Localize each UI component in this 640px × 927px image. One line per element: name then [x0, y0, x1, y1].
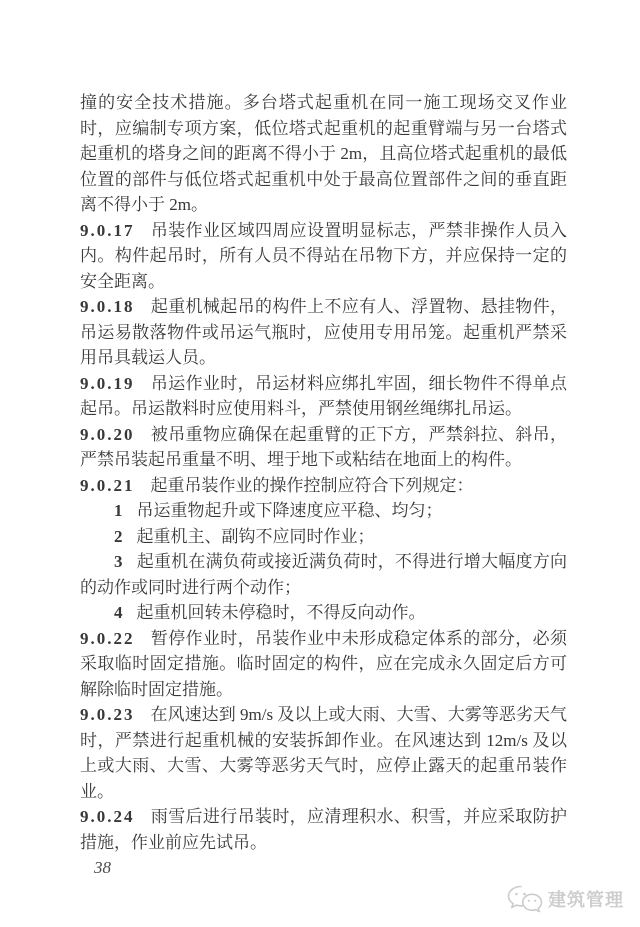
clause-9-0-20: 9.0.20被吊重物应确保在起重臂的正下方，严禁斜拉、斜吊，严禁吊装起吊重量不明… — [80, 422, 567, 473]
watermark: 建筑管理 — [507, 885, 624, 913]
clause-text: 起重吊装作业的操作控制应符合下列规定： — [151, 476, 474, 495]
clause-9-0-21-item-1: 1吊运重物起升或下降速度应平稳、均匀； — [80, 498, 567, 524]
clause-9-0-21-item-4: 4起重机回转未停稳时，不得反向动作。 — [80, 600, 567, 626]
clause-number: 9.0.24 — [80, 807, 135, 826]
clause-9-0-21: 9.0.21起重吊装作业的操作控制应符合下列规定： — [80, 473, 567, 499]
clause-9-0-21-item-3: 3起重机在满负荷或接近满负荷时，不得进行增大幅度方向的动作或同时进行两个动作； — [80, 549, 567, 600]
clause-number: 9.0.23 — [80, 705, 135, 724]
clause-number: 9.0.22 — [80, 629, 135, 648]
clause-9-0-21-item-2: 2起重机主、副钩不应同时作业； — [80, 524, 567, 550]
paragraph-text: 撞的安全技术措施。多台塔式起重机在同一施工现场交叉作业时，应编制专项方案，低位塔… — [80, 93, 567, 214]
clause-number: 9.0.20 — [80, 425, 135, 444]
page-number: 38 — [94, 858, 111, 878]
clause-text: 暂停作业时，吊装作业中未形成稳定体系的部分，必须采取临时固定措施。临时固定的构件… — [80, 629, 567, 699]
item-number: 2 — [114, 527, 123, 546]
item-number: 1 — [114, 501, 123, 520]
clause-9-0-17: 9.0.17吊装作业区域四周应设置明显标志，严禁非操作人员入内。构件起吊时，所有… — [80, 218, 567, 295]
watermark-label: 建筑管理 — [548, 886, 624, 912]
item-number: 3 — [114, 552, 123, 571]
clause-9-0-24: 9.0.24雨雪后进行吊装时，应清理积水、积雪，并应采取防护措施，作业前应先试吊… — [80, 804, 567, 855]
clause-9-0-23: 9.0.23在风速达到 9m/s 及以上或大雨、大雪、大雾等恶劣天气时，严禁进行… — [80, 702, 567, 804]
item-text: 起重机在满负荷或接近满负荷时，不得进行增大幅度方向的动作或同时进行两个动作； — [80, 552, 567, 597]
clause-text: 在风速达到 9m/s 及以上或大雨、大雪、大雾等恶劣天气时，严禁进行起重机械的安… — [80, 705, 567, 801]
clause-text: 吊装作业区域四周应设置明显标志，严禁非操作人员入内。构件起吊时，所有人员不得站在… — [80, 221, 567, 291]
wechat-icon — [507, 885, 543, 913]
clause-text: 吊运作业时，吊运材料应绑扎牢固，细长物件不得单点起吊。吊运散料时应使用料斗，严禁… — [80, 374, 567, 419]
clause-9-0-19: 9.0.19吊运作业时，吊运材料应绑扎牢固，细长物件不得单点起吊。吊运散料时应使… — [80, 371, 567, 422]
clause-9-0-22: 9.0.22暂停作业时，吊装作业中未形成稳定体系的部分，必须采取临时固定措施。临… — [80, 626, 567, 703]
clause-number: 9.0.19 — [80, 374, 135, 393]
item-text: 起重机回转未停稳时，不得反向动作。 — [137, 603, 426, 622]
item-text: 吊运重物起升或下降速度应平稳、均匀； — [137, 501, 443, 520]
item-number: 4 — [114, 603, 123, 622]
clause-text: 被吊重物应确保在起重臂的正下方，严禁斜拉、斜吊，严禁吊装起吊重量不明、埋于地下或… — [80, 425, 567, 470]
clause-number: 9.0.21 — [80, 476, 135, 495]
clause-9-0-18: 9.0.18起重机械起吊的构件上不应有人、浮置物、悬挂物件，吊运易散落物件或吊运… — [80, 294, 567, 371]
continued-paragraph: 撞的安全技术措施。多台塔式起重机在同一施工现场交叉作业时，应编制专项方案，低位塔… — [80, 90, 567, 218]
clause-number: 9.0.18 — [80, 297, 135, 316]
clause-text: 雨雪后进行吊装时，应清理积水、积雪，并应采取防护措施，作业前应先试吊。 — [80, 807, 567, 852]
document-page: 撞的安全技术措施。多台塔式起重机在同一施工现场交叉作业时，应编制专项方案，低位塔… — [0, 0, 640, 927]
clause-number: 9.0.17 — [80, 221, 135, 240]
page-body: 撞的安全技术措施。多台塔式起重机在同一施工现场交叉作业时，应编制专项方案，低位塔… — [80, 90, 567, 855]
item-text: 起重机主、副钩不应同时作业； — [137, 527, 375, 546]
clause-text: 起重机械起吊的构件上不应有人、浮置物、悬挂物件，吊运易散落物件或吊运气瓶时，应使… — [80, 297, 567, 367]
